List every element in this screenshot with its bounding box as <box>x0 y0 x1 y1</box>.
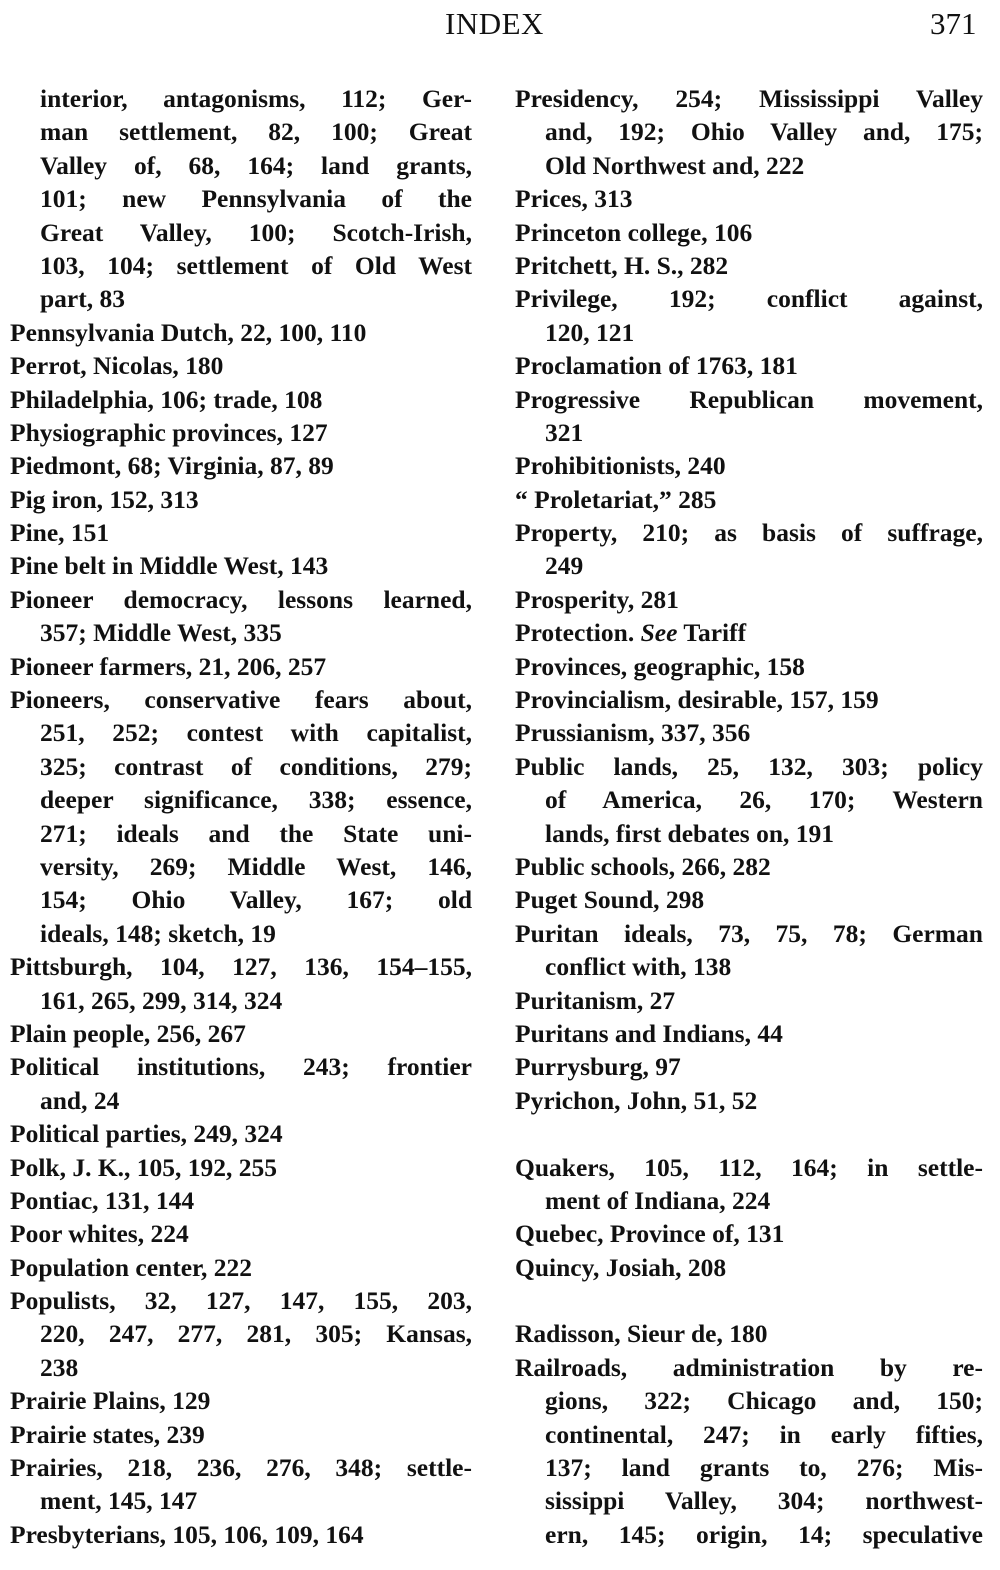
index-entry-heading-line: Public lands, 25, 132, 303; policy <box>515 750 983 783</box>
index-entry-continuation-line: ment, 145, 147 <box>10 1484 472 1517</box>
index-entry: Quebec, Province of, 131 <box>515 1217 983 1250</box>
index-entry: Prosperity, 281 <box>515 583 983 616</box>
index-entry-heading-line: Radisson, Sieur de, 180 <box>515 1317 983 1350</box>
index-entry-heading-line: Political parties, 249, 324 <box>10 1117 472 1150</box>
index-entry-heading-line: “ Proletariat,” 285 <box>515 483 983 516</box>
index-entry-continuation-line: man settlement, 82, 100; Great <box>10 115 472 148</box>
index-entry: interior, antagonisms, 112; Ger-man sett… <box>10 82 472 316</box>
index-entry-heading-line: Prices, 313 <box>515 182 983 215</box>
index-column-right: Presidency, 254; Mississippi Valleyand, … <box>515 82 983 1551</box>
index-entry-continuation-line: 101; new Pennsylvania of the <box>10 182 472 215</box>
index-entry-continuation-line: 137; land grants to, 276; Mis- <box>515 1451 983 1484</box>
index-entry-heading-line: Plain people, 256, 267 <box>10 1017 472 1050</box>
index-entry: Public lands, 25, 132, 303; policyof Ame… <box>515 750 983 850</box>
index-entry-heading-line: Puritans and Indians, 44 <box>515 1017 983 1050</box>
index-entry-heading-line: Pioneer democracy, lessons learned, <box>10 583 472 616</box>
index-entry-heading-line: Railroads, administration by re- <box>515 1351 983 1384</box>
index-entry: Pontiac, 131, 144 <box>10 1184 472 1217</box>
index-entry-heading-line: Pyrichon, John, 51, 52 <box>515 1084 983 1117</box>
index-entry-heading-line: Prairies, 218, 236, 276, 348; settle- <box>10 1451 472 1484</box>
index-entry: Pine belt in Middle West, 143 <box>10 549 472 582</box>
index-entry-heading-line: Physiographic provinces, 127 <box>10 416 472 449</box>
index-entry-heading-line: Pontiac, 131, 144 <box>10 1184 472 1217</box>
index-entry: Pyrichon, John, 51, 52 <box>515 1084 983 1117</box>
index-entry: Railroads, administration by re-gions, 3… <box>515 1351 983 1551</box>
index-entry-continuation-line: 120, 121 <box>515 316 983 349</box>
index-column-left: interior, antagonisms, 112; Ger-man sett… <box>10 82 472 1551</box>
index-entry-continuation-line: Old Northwest and, 222 <box>515 149 983 182</box>
index-entry: Perrot, Nicolas, 180 <box>10 349 472 382</box>
index-entry-heading-line: Prairie states, 239 <box>10 1418 472 1451</box>
index-entry: Radisson, Sieur de, 180 <box>515 1317 983 1350</box>
index-entry: Prussianism, 337, 356 <box>515 716 983 749</box>
index-entry: Philadelphia, 106; trade, 108 <box>10 383 472 416</box>
index-entry-heading-line: Pine, 151 <box>10 516 472 549</box>
index-entry-heading-line: Population center, 222 <box>10 1251 472 1284</box>
index-entry-heading-line: Quakers, 105, 112, 164; in settle- <box>515 1151 983 1184</box>
index-entry-heading-line: Pritchett, H. S., 282 <box>515 249 983 282</box>
index-entry-heading-line: Pennsylvania Dutch, 22, 100, 110 <box>10 316 472 349</box>
index-entry: Prices, 313 <box>515 182 983 215</box>
index-entry: Puritans and Indians, 44 <box>515 1017 983 1050</box>
index-entry-heading-line: Proclamation of 1763, 181 <box>515 349 983 382</box>
index-entry-heading-line: Pine belt in Middle West, 143 <box>10 549 472 582</box>
index-entry-continuation-line: and, 192; Ohio Valley and, 175; <box>515 115 983 148</box>
index-entry-continuation-line: of America, 26, 170; Western <box>515 783 983 816</box>
index-entry: “ Proletariat,” 285 <box>515 483 983 516</box>
index-entry-heading-line: Public schools, 266, 282 <box>515 850 983 883</box>
index-entry: Prairie states, 239 <box>10 1418 472 1451</box>
index-entry-continuation-line: ideals, 148; sketch, 19 <box>10 917 472 950</box>
index-entry-heading-line: Puritan ideals, 73, 75, 78; German <box>515 917 983 950</box>
index-entry-heading-line: Political institutions, 243; frontier <box>10 1050 472 1083</box>
index-entry: Presidency, 254; Mississippi Valleyand, … <box>515 82 983 182</box>
index-entry-continuation-line: 249 <box>515 549 983 582</box>
index-entry-heading-line: Pioneer farmers, 21, 206, 257 <box>10 650 472 683</box>
index-entry-continuation-line: Valley of, 68, 164; land grants, <box>10 149 472 182</box>
running-title: INDEX <box>445 6 544 42</box>
index-entry: Prohibitionists, 240 <box>515 449 983 482</box>
index-entry-continuation-line: 220, 247, 277, 281, 305; Kansas, <box>10 1317 472 1350</box>
index-entry: Prairies, 218, 236, 276, 348; settle-men… <box>10 1451 472 1518</box>
index-entry-heading-line: Prosperity, 281 <box>515 583 983 616</box>
index-entry-heading-line: Quebec, Province of, 131 <box>515 1217 983 1250</box>
index-entry-heading-line: Prohibitionists, 240 <box>515 449 983 482</box>
index-entry-heading-line: Presbyterians, 105, 106, 109, 164 <box>10 1518 472 1551</box>
index-entry: Protection. See Tariff <box>515 616 983 649</box>
index-entry: Pritchett, H. S., 282 <box>515 249 983 282</box>
index-entry-heading-line: Quincy, Josiah, 208 <box>515 1251 983 1284</box>
index-entry-heading-line: Populists, 32, 127, 147, 155, 203, <box>10 1284 472 1317</box>
index-entry-continuation-line: part, 83 <box>10 282 472 315</box>
index-entry-continuation-line: 161, 265, 299, 314, 324 <box>10 984 472 1017</box>
index-entry-continuation-line: lands, first debates on, 191 <box>515 817 983 850</box>
index-entry-heading-line: Princeton college, 106 <box>515 216 983 249</box>
index-entry-heading-line: Purrysburg, 97 <box>515 1050 983 1083</box>
index-entry: Pittsburgh, 104, 127, 136, 154–155,161, … <box>10 950 472 1017</box>
index-entry-heading-line: Prussianism, 337, 356 <box>515 716 983 749</box>
index-entry-heading-line: Pioneers, conservative fears about, <box>10 683 472 716</box>
index-entry: Provincialism, desirable, 157, 159 <box>515 683 983 716</box>
index-entry-heading-line: Presidency, 254; Mississippi Valley <box>515 82 983 115</box>
index-entry: Physiographic provinces, 127 <box>10 416 472 449</box>
index-entry: Purrysburg, 97 <box>515 1050 983 1083</box>
index-entry: Plain people, 256, 267 <box>10 1017 472 1050</box>
page-number: 371 <box>930 6 977 42</box>
index-entry: Puritan ideals, 73, 75, 78; Germanconfli… <box>515 917 983 984</box>
index-entry: Pioneer farmers, 21, 206, 257 <box>10 650 472 683</box>
index-entry: Princeton college, 106 <box>515 216 983 249</box>
index-entry-heading-line: Progressive Republican movement, <box>515 383 983 416</box>
page-header: INDEX 371 <box>0 2 1000 52</box>
index-entry: Pioneer democracy, lessons learned,357; … <box>10 583 472 650</box>
index-entry-continuation-line: 271; ideals and the State uni- <box>10 817 472 850</box>
index-entry-continuation-line: Great Valley, 100; Scotch-Irish, <box>10 216 472 249</box>
letter-group-gap <box>515 1117 983 1150</box>
index-entry: Pennsylvania Dutch, 22, 100, 110 <box>10 316 472 349</box>
index-entry-continuation-line: versity, 269; Middle West, 146, <box>10 850 472 883</box>
index-entry-continuation-line: 103, 104; settlement of Old West <box>10 249 472 282</box>
see-reference-label: See <box>641 618 678 647</box>
index-entry-heading-line: Polk, J. K., 105, 192, 255 <box>10 1151 472 1184</box>
index-entry-continuation-line: gions, 322; Chicago and, 150; <box>515 1384 983 1417</box>
index-entry: Progressive Republican movement,321 <box>515 383 983 450</box>
index-entry: Property, 210; as basis of suffrage,249 <box>515 516 983 583</box>
index-entry-continuation-line: ern, 145; origin, 14; speculative <box>515 1518 983 1551</box>
index-entry: Political institutions, 243; frontierand… <box>10 1050 472 1117</box>
index-entry-heading-line: Provinces, geographic, 158 <box>515 650 983 683</box>
index-entry: Quakers, 105, 112, 164; in settle-ment o… <box>515 1151 983 1218</box>
index-entry: Polk, J. K., 105, 192, 255 <box>10 1151 472 1184</box>
index-entry: Puritanism, 27 <box>515 984 983 1017</box>
index-entry: Population center, 222 <box>10 1251 472 1284</box>
index-entry-continuation-line: 357; Middle West, 335 <box>10 616 472 649</box>
index-entry-heading-line: Puritanism, 27 <box>515 984 983 1017</box>
index-entry: Political parties, 249, 324 <box>10 1117 472 1150</box>
letter-group-gap <box>515 1284 983 1317</box>
index-entry-continuation-line: conflict with, 138 <box>515 950 983 983</box>
index-entry-continuation-line: interior, antagonisms, 112; Ger- <box>10 82 472 115</box>
index-entry-continuation-line: 154; Ohio Valley, 167; old <box>10 883 472 916</box>
index-entry-heading-line: Puget Sound, 298 <box>515 883 983 916</box>
index-entry-heading-line: Pig iron, 152, 313 <box>10 483 472 516</box>
index-entry-heading-line: Protection. See Tariff <box>515 616 983 649</box>
index-entry-continuation-line: ment of Indiana, 224 <box>515 1184 983 1217</box>
index-entry-continuation-line: 321 <box>515 416 983 449</box>
index-entry-heading-line: Piedmont, 68; Virginia, 87, 89 <box>10 449 472 482</box>
index-entry: Provinces, geographic, 158 <box>515 650 983 683</box>
index-entry: Prairie Plains, 129 <box>10 1384 472 1417</box>
index-entry: Piedmont, 68; Virginia, 87, 89 <box>10 449 472 482</box>
index-entry-heading-line: Prairie Plains, 129 <box>10 1384 472 1417</box>
index-entry: Proclamation of 1763, 181 <box>515 349 983 382</box>
index-entry-continuation-line: deeper significance, 338; essence, <box>10 783 472 816</box>
index-entry: Poor whites, 224 <box>10 1217 472 1250</box>
index-entry: Presbyterians, 105, 106, 109, 164 <box>10 1518 472 1551</box>
index-entry-heading-line: Provincialism, desirable, 157, 159 <box>515 683 983 716</box>
index-entry-heading-line: Perrot, Nicolas, 180 <box>10 349 472 382</box>
index-entry: Populists, 32, 127, 147, 155, 203,220, 2… <box>10 1284 472 1384</box>
index-entry-heading-line: Pittsburgh, 104, 127, 136, 154–155, <box>10 950 472 983</box>
index-entry: Quincy, Josiah, 208 <box>515 1251 983 1284</box>
index-entry-heading-line: Poor whites, 224 <box>10 1217 472 1250</box>
index-entry: Pine, 151 <box>10 516 472 549</box>
index-entry-heading-line: Property, 210; as basis of suffrage, <box>515 516 983 549</box>
index-entry-continuation-line: continental, 247; in early fifties, <box>515 1418 983 1451</box>
index-entry: Public schools, 266, 282 <box>515 850 983 883</box>
index-entry: Puget Sound, 298 <box>515 883 983 916</box>
index-entry-heading-line: Privilege, 192; conflict against, <box>515 282 983 315</box>
index-entry: Pioneers, conservative fears about,251, … <box>10 683 472 950</box>
index-entry-continuation-line: and, 24 <box>10 1084 472 1117</box>
index-entry-heading-line: Philadelphia, 106; trade, 108 <box>10 383 472 416</box>
index-entry: Privilege, 192; conflict against,120, 12… <box>515 282 983 349</box>
index-entry-continuation-line: 238 <box>10 1351 472 1384</box>
index-entry-continuation-line: 325; contrast of conditions, 279; <box>10 750 472 783</box>
index-entry-continuation-line: 251, 252; contest with capitalist, <box>10 716 472 749</box>
index-entry: Pig iron, 152, 313 <box>10 483 472 516</box>
index-entry-continuation-line: sissippi Valley, 304; northwest- <box>515 1484 983 1517</box>
